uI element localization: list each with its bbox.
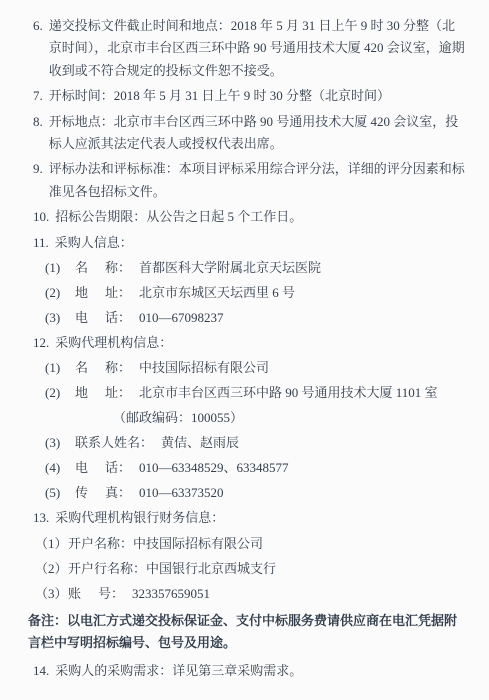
clause-9: 9. 评标办法和评标标准：本项目评标采用综合评分法，详细的评分因素和标准见各包招… <box>33 158 465 203</box>
purchaser-name-value: 首都医科大学附属北京天坛医院 <box>139 257 321 279</box>
purchaser-name-row: (1) 名称： 首都医科大学附属北京天坛医院 <box>45 257 465 279</box>
remark-label: 备注： <box>28 613 67 628</box>
row-marker: (4) <box>45 457 75 479</box>
row-label: 开户名称： <box>68 533 133 555</box>
clause-12-agency-info: 12. 采购代理机构信息： <box>33 332 465 354</box>
clause-12-heading: 采购代理机构信息： <box>55 332 465 354</box>
clause-13-heading: 采购代理机构银行财务信息： <box>55 507 465 529</box>
row-marker: (1) <box>45 357 75 379</box>
clause-10-text: 招标公告期限：从公告之日起 5 个工作日。 <box>55 206 465 228</box>
agency-address-value: 北京市丰台区西三环中路 90 号通用技术大厦 1101 室 <box>139 382 438 404</box>
row-marker: (2) <box>45 282 75 304</box>
row-label-a: 电 <box>75 307 88 329</box>
document-page: 6. 递交投标文件截止时间和地点：2018 年 5 月 31 日上午 9 时 3… <box>0 0 489 700</box>
row-label-b: 话： <box>105 307 131 329</box>
row-label: 地址： <box>75 382 131 404</box>
agency-contact-value: 黄佶、赵雨辰 <box>161 432 239 454</box>
clause-14-text: 采购人的采购需求：详见第三章采购需求。 <box>55 660 465 682</box>
clause-12-number: 12. <box>33 332 49 354</box>
clause-13-number: 13. <box>33 507 49 529</box>
agency-fax-value: 010—63373520 <box>139 482 224 504</box>
bank-account-name-value: 中技国际招标有限公司 <box>133 533 263 555</box>
agency-info-rows: (1) 名称： 中技国际招标有限公司 (2) 地址： 北京市丰台区西三环中路 9… <box>28 357 465 504</box>
row-label-b: 址： <box>105 282 131 304</box>
agency-contact-row: (3) 联系人姓名： 黄佶、赵雨辰 <box>45 432 465 454</box>
clause-7-text: 开标时间：2018 年 5 月 31 日上午 9 时 30 分整（北京时间） <box>49 85 465 107</box>
purchaser-info-rows: (1) 名称： 首都医科大学附属北京天坛医院 (2) 地址： 北京市东城区天坛西… <box>28 257 465 329</box>
clause-11-number: 11. <box>33 232 49 254</box>
clause-10-number: 10. <box>33 206 49 228</box>
bank-account-name-row: （1） 开户名称： 中技国际招标有限公司 <box>35 533 465 555</box>
row-label-a: 名 <box>75 357 88 379</box>
clause-9-number: 9. <box>33 158 43 203</box>
row-label-a: 传 <box>75 482 88 504</box>
bank-account-number-value: 323357659051 <box>132 583 210 605</box>
row-marker: (2) <box>45 382 75 404</box>
clause-11-heading: 采购人信息： <box>55 232 465 254</box>
row-label-a: 地 <box>75 282 88 304</box>
agency-postcode-line: （邮政编码：100055） <box>113 407 465 429</box>
row-label: 名称： <box>75 257 131 279</box>
row-label-a: 账 <box>68 583 81 605</box>
clause-13-bank-info: 13. 采购代理机构银行财务信息： <box>33 507 465 529</box>
bank-info-rows: （1） 开户名称： 中技国际招标有限公司 （2） 开户行名称： 中国银行北京西城… <box>28 533 465 605</box>
purchaser-phone-row: (3) 电话： 010—67098237 <box>45 307 465 329</box>
clause-14-number: 14. <box>33 660 49 682</box>
bank-name-value: 中国银行北京西城支行 <box>146 558 276 580</box>
row-label: 开户行名称： <box>68 558 146 580</box>
clause-11-purchaser-info: 11. 采购人信息： <box>33 232 465 254</box>
clause-7: 7. 开标时间：2018 年 5 月 31 日上午 9 时 30 分整（北京时间… <box>33 85 465 107</box>
row-label: 电话： <box>75 307 131 329</box>
purchaser-phone-value: 010—67098237 <box>139 307 224 329</box>
agency-fax-row: (5) 传真： 010—63373520 <box>45 482 465 504</box>
clause-6-text: 递交投标文件截止时间和地点：2018 年 5 月 31 日上午 9 时 30 分… <box>49 15 465 82</box>
agency-address-row: (2) 地址： 北京市丰台区西三环中路 90 号通用技术大厦 1101 室 <box>45 382 465 404</box>
row-marker: (1) <box>45 257 75 279</box>
row-label: 联系人姓名： <box>75 432 153 454</box>
row-label-a: 名 <box>75 257 88 279</box>
clause-8-text: 开标地点：北京市丰台区西三环中路 90 号通用技术大厦 420 会议室，投标人应… <box>49 111 465 156</box>
row-marker: (3) <box>45 307 75 329</box>
row-label: 名称： <box>75 357 131 379</box>
row-marker: （2） <box>35 558 68 580</box>
remark-paragraph: 备注：以电汇方式递交投标保证金、支付中标服务费请供应商在电汇凭据附言栏中写明招标… <box>28 610 465 654</box>
remark-text: 以电汇方式递交投标保证金、支付中标服务费请供应商在电汇凭据附言栏中写明招标编号、… <box>28 613 457 650</box>
clause-6: 6. 递交投标文件截止时间和地点：2018 年 5 月 31 日上午 9 时 3… <box>33 15 465 82</box>
agency-phone-row: (4) 电话： 010—63348529、63348577 <box>45 457 465 479</box>
clause-9-text: 评标办法和评标标准：本项目评标采用综合评分法，详细的评分因素和标准见各包招标文件… <box>49 158 465 203</box>
row-label: 电话： <box>75 457 131 479</box>
purchaser-address-row: (2) 地址： 北京市东城区天坛西里 6 号 <box>45 282 465 304</box>
row-label-b: 话： <box>105 457 131 479</box>
row-marker: (3) <box>45 432 75 454</box>
bank-account-number-row: （3） 账号： 323357659051 <box>35 583 465 605</box>
row-label-a: 地 <box>75 382 88 404</box>
row-label-b: 号： <box>98 583 124 605</box>
row-label-b: 址： <box>105 382 131 404</box>
row-marker: （1） <box>35 533 68 555</box>
row-label-b: 称： <box>105 357 131 379</box>
clause-7-number: 7. <box>33 85 43 107</box>
clause-10: 10. 招标公告期限：从公告之日起 5 个工作日。 <box>33 206 465 228</box>
row-label: 账号： <box>68 583 124 605</box>
agency-name-row: (1) 名称： 中技国际招标有限公司 <box>45 357 465 379</box>
bank-name-row: （2） 开户行名称： 中国银行北京西城支行 <box>35 558 465 580</box>
clause-14: 14. 采购人的采购需求：详见第三章采购需求。 <box>33 660 465 682</box>
row-label-a: 电 <box>75 457 88 479</box>
row-label-b: 真： <box>105 482 131 504</box>
agency-name-value: 中技国际招标有限公司 <box>139 357 269 379</box>
row-label-b: 称： <box>105 257 131 279</box>
clause-8: 8. 开标地点：北京市丰台区西三环中路 90 号通用技术大厦 420 会议室，投… <box>33 111 465 156</box>
row-marker: （3） <box>35 583 68 605</box>
clause-6-number: 6. <box>33 15 43 82</box>
purchaser-address-value: 北京市东城区天坛西里 6 号 <box>139 282 295 304</box>
row-label: 传真： <box>75 482 131 504</box>
agency-phone-value: 010—63348529、63348577 <box>139 457 289 479</box>
row-label: 地址： <box>75 282 131 304</box>
clause-8-number: 8. <box>33 111 43 156</box>
row-marker: (5) <box>45 482 75 504</box>
